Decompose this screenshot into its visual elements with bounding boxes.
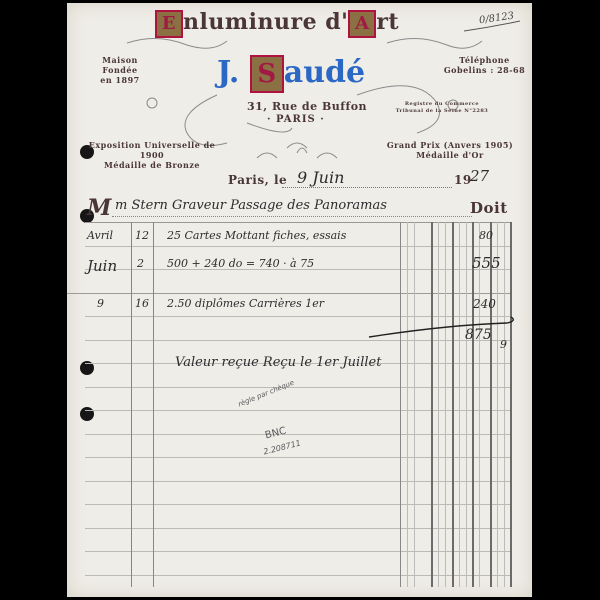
year-handwritten: 27 xyxy=(470,167,489,185)
date-dotted-line xyxy=(282,187,452,188)
address: 31, Rue de Buffon xyxy=(247,100,367,113)
registry-info: Registre du Commerce Tribunal de la Sein… xyxy=(387,101,497,115)
owes-label: Doit xyxy=(470,199,508,217)
row-month: Juin xyxy=(87,257,117,275)
addressee-prefix: M xyxy=(87,195,112,221)
row-day: 12 xyxy=(135,229,149,242)
pencil-cheque-number: 2.208711 xyxy=(262,439,301,457)
row-day: 16 xyxy=(135,297,149,310)
row-month: Avril xyxy=(87,229,113,242)
row-description: 25 Cartes Mottant fiches, essais xyxy=(167,229,346,242)
telephone-info: Téléphone Gobelins : 28-68 xyxy=(442,55,527,75)
pencil-bank: BNC xyxy=(264,426,287,442)
archive-underline-icon xyxy=(462,19,522,33)
addressee-name: m Stern Graveur Passage des Panoramas xyxy=(115,198,387,213)
row-month: 9 xyxy=(97,297,104,310)
invoice-total-suffix: 9 xyxy=(500,338,507,351)
row-amount: 240 xyxy=(473,297,496,311)
city: · PARIS · xyxy=(267,114,325,125)
place-label: Paris, le xyxy=(228,173,287,187)
row-amount: 80 xyxy=(479,229,493,242)
founded-info: Maison Fondée en 1897 xyxy=(85,55,155,85)
invoice-paper: 0/8123 Enluminure d'Art J. Saudé 31, Rue… xyxy=(67,3,532,597)
row-description: 2.50 diplômes Carrières 1er xyxy=(167,297,324,310)
award-right: Grand Prix (Anvers 1905) Médaille d'Or xyxy=(385,140,515,160)
total-stroke-icon xyxy=(367,315,517,339)
invoice-date: 9 Juin xyxy=(297,168,344,187)
award-left: Exposition Universelle de 1900 Médaille … xyxy=(82,140,222,170)
row-description: 500 + 240 do = 740 · à 75 xyxy=(167,257,314,270)
invoice-total: 875 xyxy=(465,327,492,343)
pencil-annotation: règle par chèque xyxy=(237,379,295,409)
payment-note: Valeur reçue Reçu le 1er Juillet xyxy=(175,355,381,370)
addressee-line xyxy=(112,216,472,217)
row-amount: 555 xyxy=(472,254,501,272)
row-day: 2 xyxy=(137,257,144,270)
